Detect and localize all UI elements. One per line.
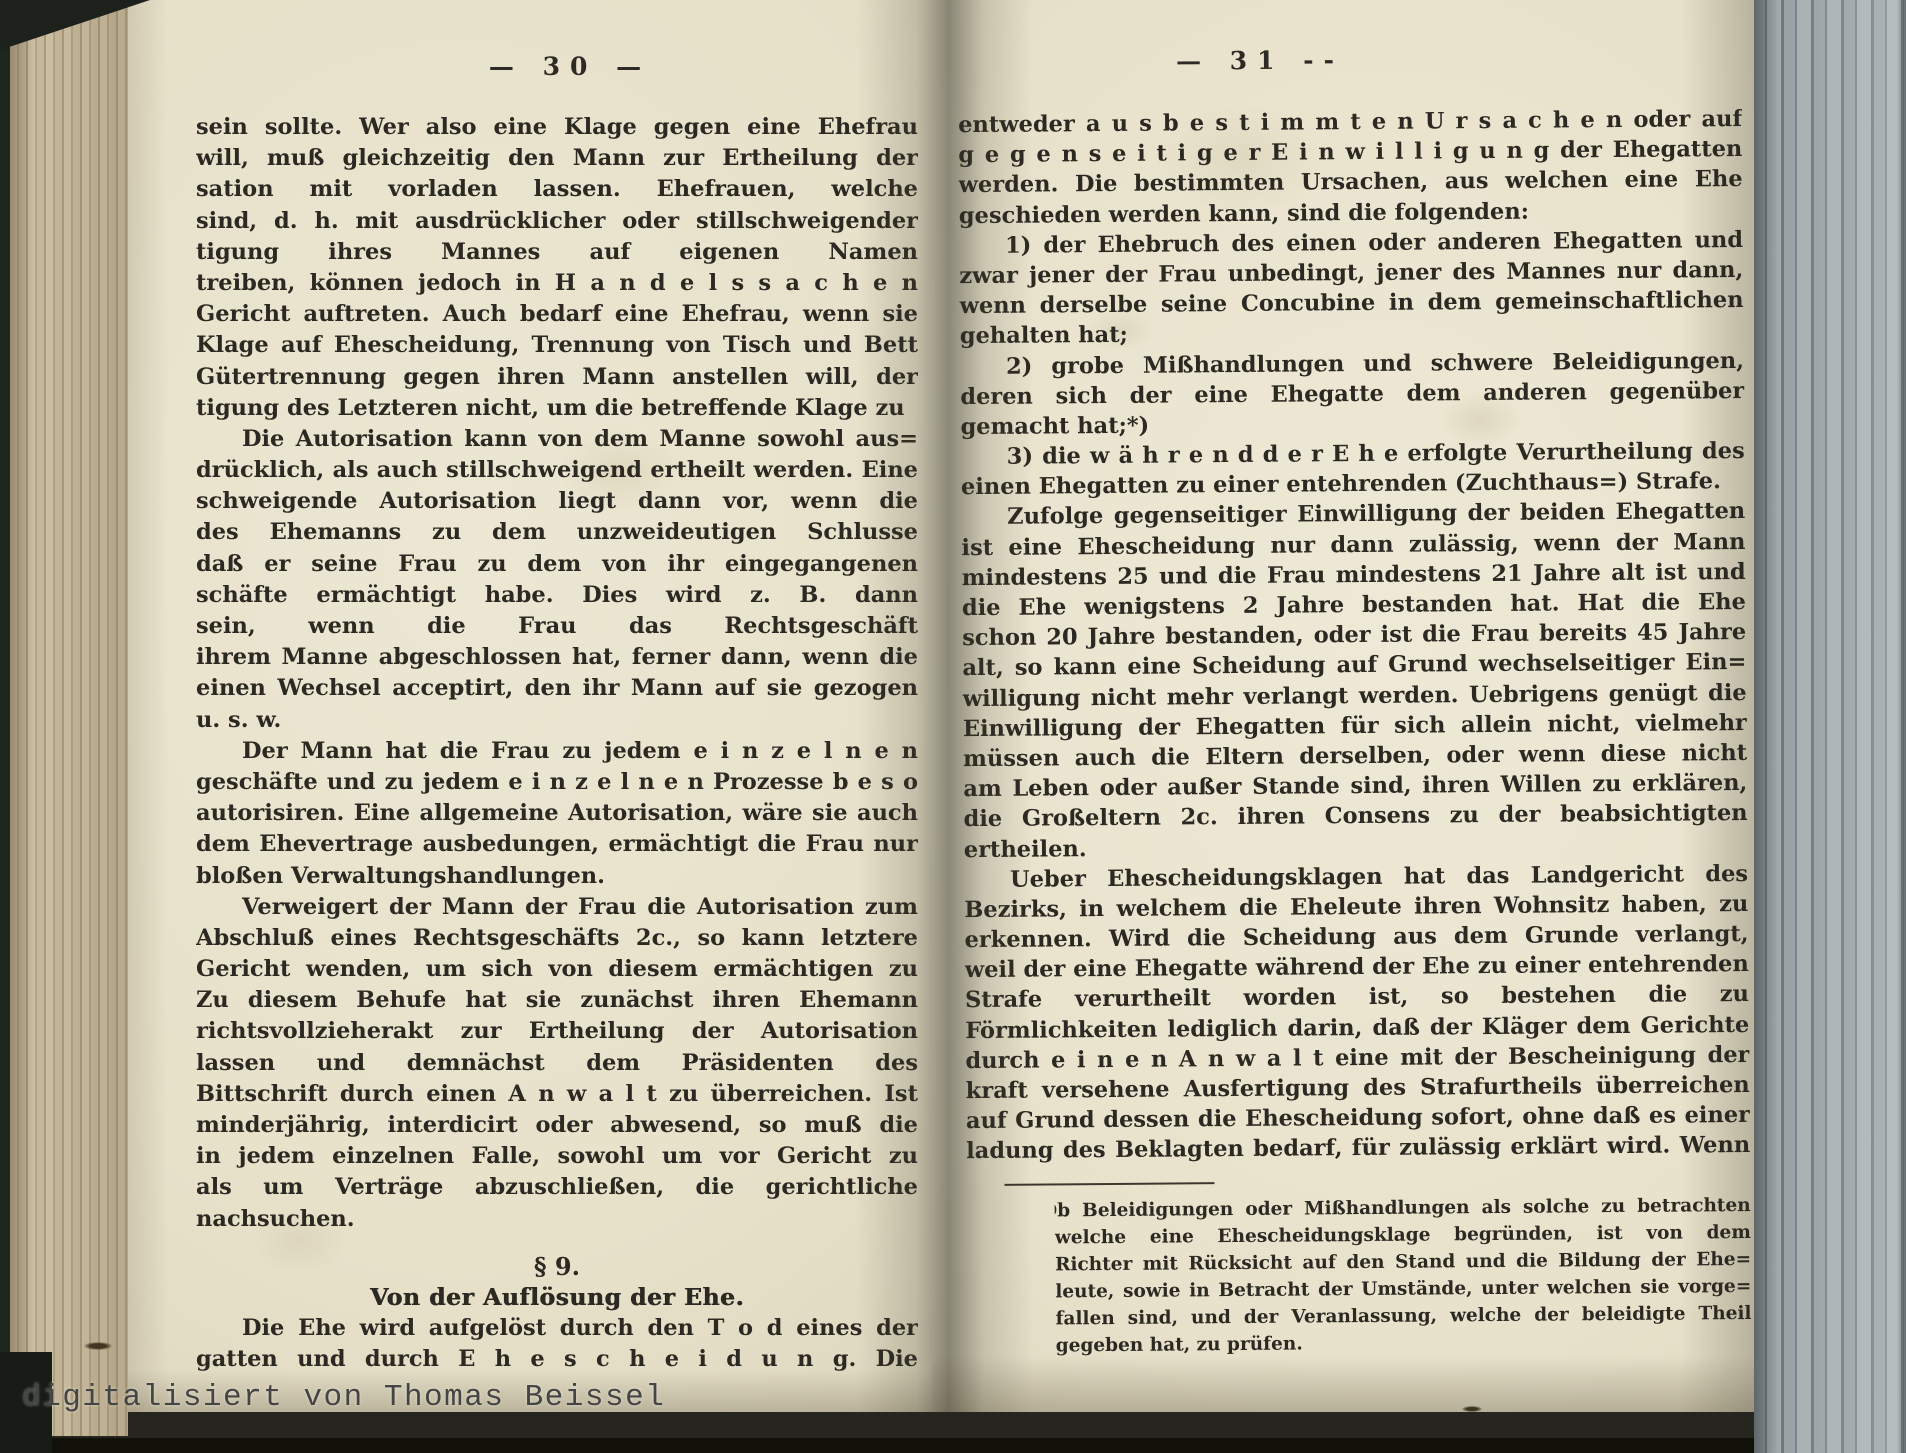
text-line: Die Ehe wird aufgelöst durch den T o d e…: [196, 1313, 918, 1344]
text-line: Abschluß eines Rechtsgeschäfts 2c., so k…: [196, 923, 918, 954]
text-line: werden. Die bestimmten Ursachen, aus wel…: [958, 164, 1742, 200]
text-line: gegeben hat, zu prüfen.: [1056, 1327, 1752, 1359]
text-line: bloßen Verwaltungshandlungen.: [196, 861, 918, 892]
text-line: fallen sind, und der Veranlassung, welch…: [1055, 1300, 1751, 1332]
text-line: § 9.: [196, 1251, 918, 1282]
text-line: die Großeltern 2c. ihren Consens zu der …: [963, 798, 1747, 834]
text-line: ihrem Manne abgeschlossen hat, ferner da…: [196, 642, 918, 673]
text-line: Von der Auflösung der Ehe.: [196, 1282, 918, 1313]
text-line: sind, d. h. mit ausdrücklicher oder stil…: [196, 206, 918, 237]
page-number-left: — 30 —: [455, 52, 685, 81]
text-line: schweigende Autorisation liegt dann vor,…: [196, 486, 918, 517]
footnote-rule: [1004, 1182, 1214, 1186]
text-line: tigung des Letzteren nicht, um die betre…: [196, 393, 918, 424]
text-line: drücklich, als auch stillschweigend erth…: [196, 455, 918, 486]
text-line: Zu diesem Behufe hat sie zunächst ihren …: [196, 985, 918, 1016]
left-page-edges: [10, 4, 128, 1436]
digitization-watermark: digitalisiert von Thomas Beissel: [22, 1380, 665, 1415]
text-line: treiben, können jedoch in H a n d e l s …: [196, 268, 918, 299]
text-line: in jedem einzelnen Falle, sowohl um vor …: [196, 1141, 918, 1172]
text-line: Gericht wenden, um sich von diesem ermäc…: [196, 954, 918, 985]
text-line: Verweigert der Mann der Frau die Autoris…: [196, 892, 918, 923]
text-line: u. s. w.: [196, 705, 918, 736]
ink-speck: [84, 1342, 112, 1350]
text-line: deren sich der eine Ehegatte dem anderen…: [960, 376, 1744, 412]
text-line: Gütertrennung gegen ihren Mann anstellen…: [196, 362, 918, 393]
footnote: *) Ob Beleidigungen oder Mißhandlungen a…: [967, 1192, 1752, 1360]
text-line: geschäfte und zu jedem e i n z e l n e n…: [196, 767, 918, 798]
text-line: ladung des Beklagten bedarf, für zulässi…: [966, 1130, 1750, 1166]
text-line: sation mit vorladen lassen. Ehefrauen, w…: [196, 174, 918, 205]
text-line: Klage auf Ehescheidung, Trennung von Tis…: [196, 330, 918, 361]
text-line: richtsvollzieherakt zur Ertheilung der A…: [196, 1016, 918, 1047]
text-line: schäfte ermächtigt habe. Dies wird z. B.…: [196, 580, 918, 611]
text-line: Gericht auftreten. Auch bedarf eine Ehef…: [196, 299, 918, 330]
right-page-edges: [1754, 0, 1906, 1453]
text-line: des Ehemanns zu dem unzweideutigen Schlu…: [196, 517, 918, 548]
text-line: sein sollte. Wer also eine Klage gegen e…: [196, 112, 918, 143]
text-line: daß er seine Frau zu dem von ihr eingega…: [196, 549, 918, 580]
text-line: tigung ihres Mannes auf eigenen Namen Ha…: [196, 237, 918, 268]
text-line: dem Ehevertrage ausbedungen, ermächtigt …: [196, 829, 918, 860]
text-line: gatten und durch E h e s c h e i d u n g…: [196, 1344, 918, 1375]
page-number-right: — 31 --: [1140, 45, 1380, 76]
text-line: nachsuchen.: [196, 1204, 918, 1235]
text-line: sein, wenn die Frau das Rechtsgeschäft g…: [196, 611, 918, 642]
text-line: als um Verträge abzuschließen, die geric…: [196, 1172, 918, 1203]
right-page-body: entweder a u s b e s t i m m t e n U r s…: [958, 104, 1750, 1167]
text-line: Der Mann hat die Frau zu jedem e i n z e…: [196, 736, 918, 767]
text-line: einen Wechsel acceptirt, den ihr Mann au…: [196, 673, 918, 704]
left-page-text: sein sollte. Wer also eine Klage gegen e…: [196, 112, 918, 1376]
text-line: will, muß gleichzeitig den Mann zur Erth…: [196, 143, 918, 174]
text-line: lassen und demnächst dem Präsidenten des…: [196, 1048, 918, 1079]
right-page-text: entweder a u s b e s t i m m t e n U r s…: [958, 104, 1752, 1360]
text-line: minderjährig, interdicirt oder abwesend,…: [196, 1110, 918, 1141]
text-line: Bittschrift durch einen A n w a l t zu ü…: [196, 1079, 918, 1110]
text-line: Die Autorisation kann von dem Manne sowo…: [196, 424, 918, 455]
text-line: autorisiren. Eine allgemeine Autorisatio…: [196, 798, 918, 829]
book-bottom-shadow: [0, 1438, 1906, 1453]
book-scan: — 30 — — 31 -- sein sollte. Wer also ein…: [0, 0, 1906, 1453]
ink-speck: [1462, 1406, 1482, 1412]
